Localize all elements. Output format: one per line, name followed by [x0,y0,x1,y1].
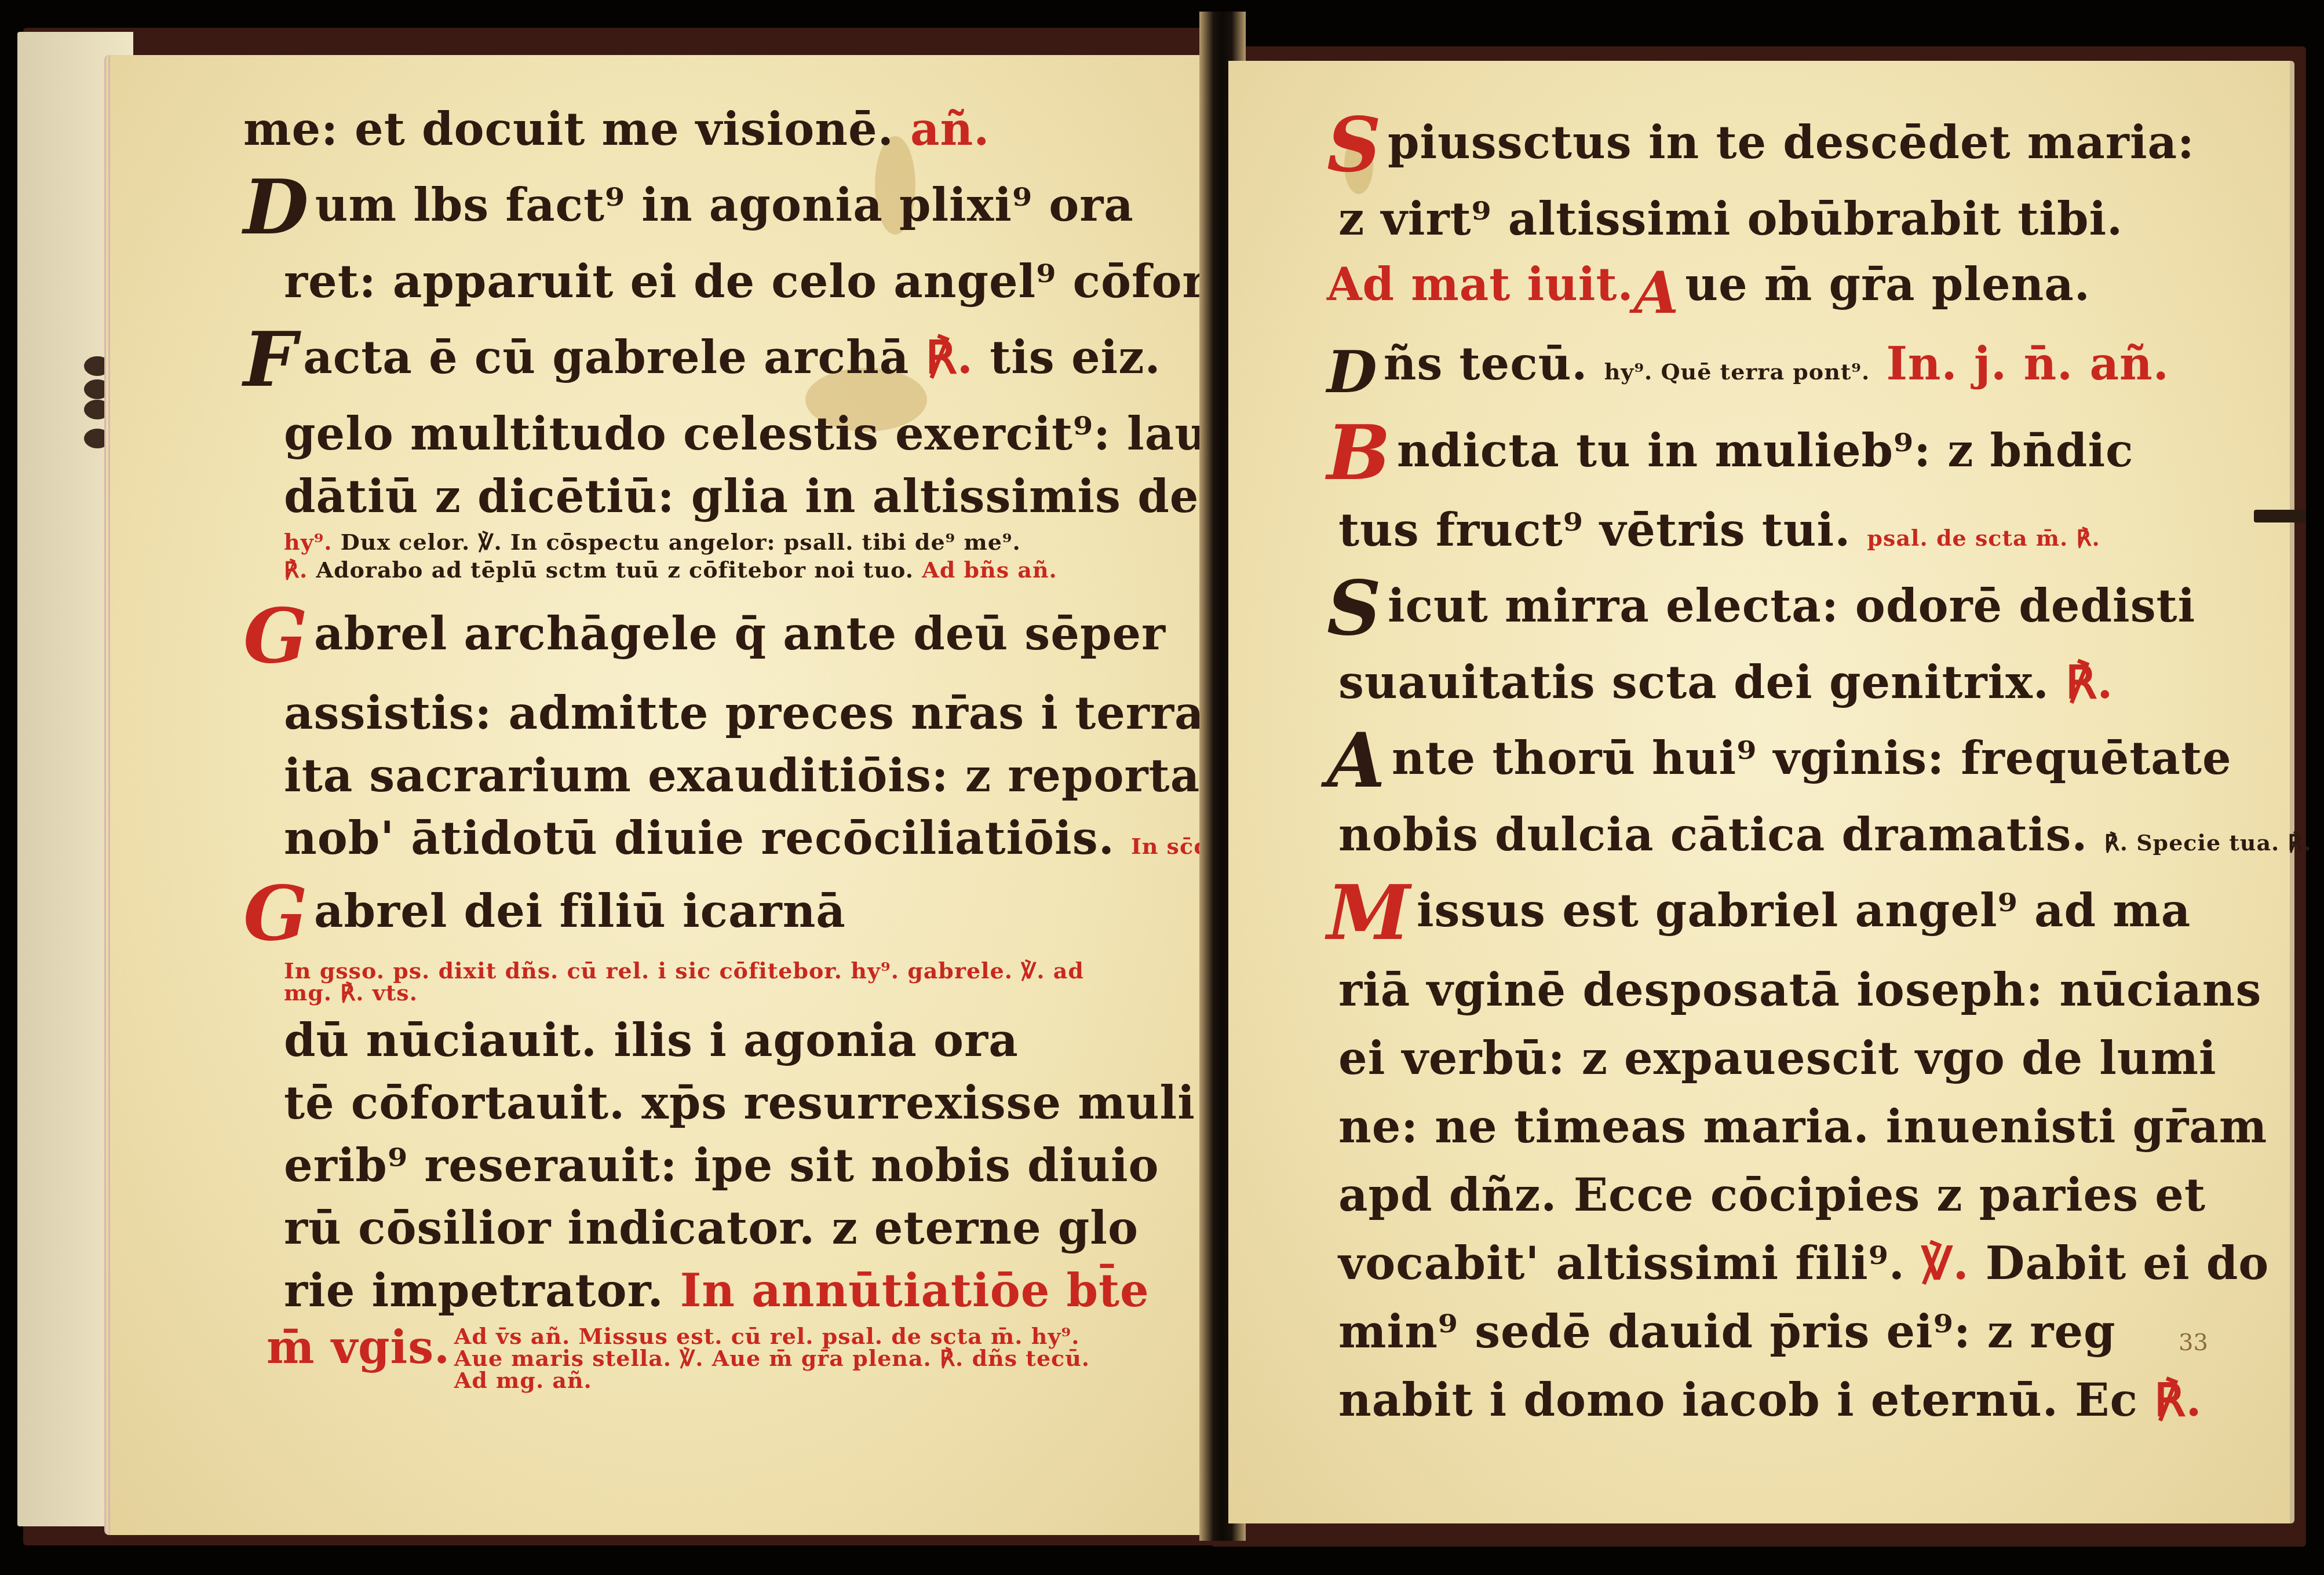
text-line: dātiū z dicētiū: glia in altissimis deo. [284,474,1296,520]
decorated-initial: A [1327,723,1386,798]
text-line: Facta ē cū gabrele archā ℟. tis eiz. [243,322,1296,397]
text-line: rie impetrator. In annūtiatiōe bt̄e [284,1269,1296,1314]
text-line: Sicut mirra electa: odorē dedisti [1327,571,2312,646]
text-line: riā vginē desposatā ioseph: nūcians [1338,968,2312,1013]
rubric-note-line: ℟. Adorabo ad tēplū sctm tuū z cōfitebor… [284,559,1296,581]
text-line: Ante thorū hui⁹ vginis: frequētate [1327,723,2312,798]
text-line: Ad mat iuit.Aue m̄ gr̄a plena. [1327,262,2312,321]
text-line: nabit i domo iacob i eternū. Ec ℟. [1338,1378,2312,1423]
right-page-text: Spiussctus in te descēdet maria: z virt⁹… [1327,107,2312,1423]
red-initial: M [1327,875,1411,951]
rubric-note-line: In gsso. ps. dixit dñs. cū rel. i sic cō… [284,960,1095,1004]
text-line: Bndicta tu in mulieb⁹: z bn̄dic [1327,415,2312,491]
text-line: ei verbū: z expauescit vgo de lumi [1338,1036,2312,1081]
decorated-initial: S [1327,571,1382,646]
text-line: tus fruct⁹ vētris tui. psal. de scta m̄.… [1338,508,2312,553]
text-line: me: et docuit me visionē. añ. [243,107,1296,152]
text-line: apd dñz. Ecce cōcipies z paries et [1338,1173,2312,1218]
text-line: Gabrel archāgele q̄ ante deū sēper [243,598,1296,674]
text-line: suauitatis scta dei genitrix. ℟. [1338,660,2312,706]
decorated-initial: D [243,170,309,245]
text-line: nob' ātidotū diuie recōciliatiōis. In sc… [284,816,1296,861]
text-line: vocabit' altissimi fili⁹. ℣. Dabit ei do [1338,1241,2312,1287]
text-line: rū cōsilior indicator. z eterne glo [284,1206,1296,1251]
decorated-initial: F [243,322,297,397]
text-line: assistis: admitte preces nr̄as i terra [284,691,1296,736]
decorated-initial: D [1327,343,1378,401]
red-initial: B [1327,415,1391,491]
red-initial: G [243,876,308,951]
left-page: me: et docuit me visionē. añ. Dum lbs fa… [104,55,1234,1535]
text-line: erib⁹ reserauit: ipe sit nobis diuio [284,1143,1296,1189]
rubric-note-line: hy⁹. Dux celor. ℣. In cōspectu angelor: … [284,531,1296,553]
open-manuscript-book: me: et docuit me visionē. añ. Dum lbs fa… [0,0,2324,1575]
folio-number: 33 [2179,1329,2208,1356]
clasp-strap-icon [2254,510,2306,522]
text-line: Dñs tecū. hy⁹. Quē terra pont⁹. In. j. n… [1327,342,2312,401]
right-page: Spiussctus in te descēdet maria: z virt⁹… [1228,61,2294,1523]
left-page-text: me: et docuit me visionē. añ. Dum lbs fa… [243,107,1296,1391]
red-initial: G [243,598,308,674]
text-line: z virt⁹ altissimi obūbrabit tibi. [1338,197,2312,242]
red-initial: A [1634,264,1680,321]
text-line: ne: ne timeas maria. inuenisti gr̄am [1338,1105,2312,1150]
text-line: dū nūciauit. ilis i agonia ora [284,1018,1296,1064]
text-line: ret: apparuit ei de celo angel⁹ cōfor [284,260,1296,305]
text-line: Dum lbs fact⁹ in agonia plixi⁹ ora [243,170,1296,245]
red-initial: S [1327,107,1382,182]
text-line: Gabrel dei filiū icarnā [243,876,1296,951]
rubric-note-line: m̄ vgis. Ad v̄s añ. Missus est. cū rel. … [267,1325,1296,1391]
text-line: gelo multitudo celestis exercit⁹: lau [284,412,1296,457]
text-line: ita sacrarium exauditiōis: z reporta [284,754,1296,799]
text-line: tē cōfortauit. xp̄s resurrexisse muli [284,1081,1296,1126]
text-line: min⁹ sedē dauid p̄ris ei⁹: z reg [1338,1310,2312,1355]
text-line: Spiussctus in te descēdet maria: [1327,107,2312,182]
text-line: nobis dulcia cātica dramatis. ℟. Specie … [1338,813,2312,858]
text-line: Missus est gabriel angel⁹ ad ma [1327,875,2312,951]
